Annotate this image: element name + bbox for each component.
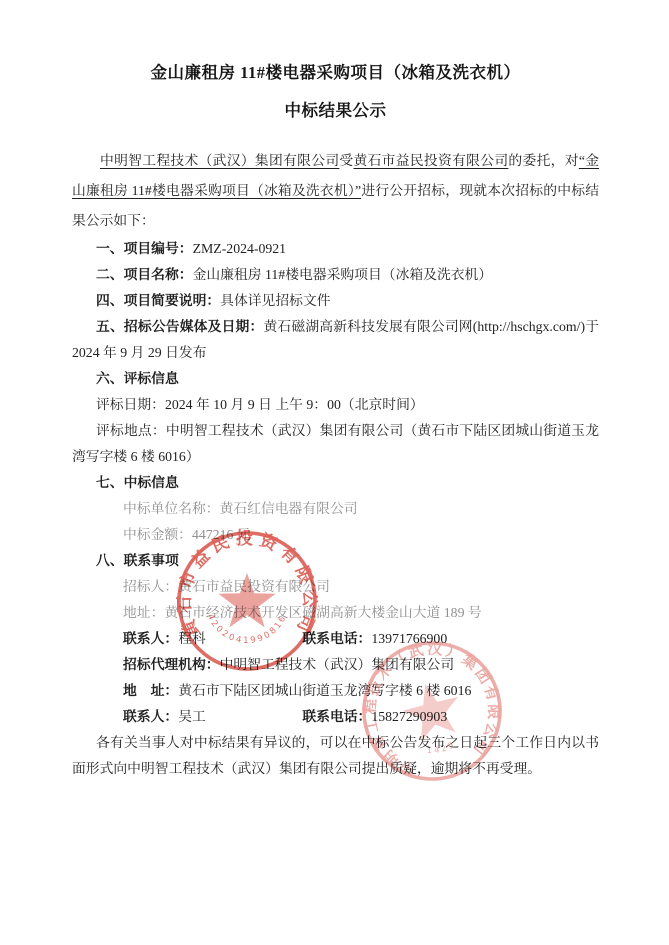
text-run: 五、招标公告媒体及日期： <box>96 319 263 334</box>
text-run: 各有关当事人对中标结果有异议的，可以在中标公告发布之日起三个工作日内以书面形式向… <box>72 735 599 776</box>
objection-notice: 各有关当事人对中标结果有异议的，可以在中标公告发布之日起三个工作日内以书面形式向… <box>72 730 599 782</box>
text-run: 评标日期：2024 年 10 月 9 日 上午 9：00（北京时间） <box>96 397 424 412</box>
agency-name: 招标代理机构：中明智工程技术（武汉）集团有限公司 <box>72 652 599 678</box>
tenderer-contact: 联系人：程科 联系电话：13971766900 <box>72 626 599 652</box>
text-run: 金山廉租房 11#楼电器采购项目（冰箱及洗衣机） <box>193 267 493 282</box>
text-run: 的委托，对 <box>508 153 578 168</box>
text-run: 中明智工程技术（武汉）集团有限公司 <box>100 153 339 168</box>
text-run: 地址：黄石市经济技术开发区磁湖高新大楼金山大道 189 号 <box>123 605 482 620</box>
winner-amount: 中标金额：447216 元 <box>72 522 599 548</box>
evaluation-date: 评标日期：2024 年 10 月 9 日 上午 9：00（北京时间） <box>72 392 599 418</box>
text-run: 15827290903 <box>371 709 447 724</box>
announcement-media: 五、招标公告媒体及日期：黄石磁湖高新科技发展有限公司网(http://hschg… <box>72 314 599 366</box>
text-run: 一、项目编号： <box>96 241 193 256</box>
document-body: 中明智工程技术（武汉）集团有限公司受黄石市益民投资有限公司的委托，对“金山廉租房… <box>72 146 599 782</box>
text-run: 招标代理机构： <box>123 657 220 672</box>
text-run: (http://hschgx.com/) <box>473 319 585 334</box>
document-page: 金山廉租房 11#楼电器采购项目（冰箱及洗衣机） 中标结果公示 中明智工程技术（… <box>0 0 669 945</box>
text-run: 中标单位名称：黄石红信电器有限公司 <box>123 501 358 516</box>
text-run: 受 <box>339 153 353 168</box>
text-run: 中标金额：447216 元 <box>123 527 251 542</box>
text-run: 13971766900 <box>371 631 447 646</box>
project-number: 一、项目编号：ZMZ-2024-0921 <box>72 236 599 262</box>
text-run: 具体详见招标文件 <box>220 293 330 308</box>
text-run: 七、中标信息 <box>96 475 179 490</box>
text-run: 联系电话： <box>302 631 371 646</box>
text-run: 联系电话： <box>302 709 371 724</box>
evaluation-info-heading: 六、评标信息 <box>72 366 599 392</box>
text-run: 联系人： <box>123 631 178 646</box>
winner-name: 中标单位名称：黄石红信电器有限公司 <box>72 496 599 522</box>
document-title: 金山廉租房 11#楼电器采购项目（冰箱及洗衣机） <box>72 62 599 84</box>
project-name: 二、项目名称：金山廉租房 11#楼电器采购项目（冰箱及洗衣机） <box>72 262 599 288</box>
text-run: 联系人： <box>123 709 178 724</box>
text-run: 地 址： <box>123 683 178 698</box>
text-run: ZMZ-2024-0921 <box>193 241 287 256</box>
intro-paragraph: 中明智工程技术（武汉）集团有限公司受黄石市益民投资有限公司的委托，对“金山廉租房… <box>72 146 599 236</box>
text-run: 程科 <box>178 631 302 646</box>
text-run: 八、联系事项 <box>96 553 179 568</box>
text-run: 黄石磁湖高新科技发展有限公司网 <box>263 319 472 334</box>
contact-heading: 八、联系事项 <box>72 548 599 574</box>
text-run: 黄石市益民投资有限公司 <box>354 153 509 168</box>
text-run: 中明智工程技术（武汉）集团有限公司 <box>220 657 455 672</box>
award-info-heading: 七、中标信息 <box>72 470 599 496</box>
agency-contact: 联系人：吴工 联系电话：15827290903 <box>72 704 599 730</box>
evaluation-location: 评标地点：中明智工程技术（武汉）集团有限公司（黄石市下陆区团城山街道玉龙湾写字楼… <box>72 418 599 470</box>
document-subtitle: 中标结果公示 <box>72 100 599 122</box>
text-run: 吴工 <box>178 709 302 724</box>
tenderer-name: 招标人：黄石市益民投资有限公司 <box>72 574 599 600</box>
tenderer-address: 地址：黄石市经济技术开发区磁湖高新大楼金山大道 189 号 <box>72 600 599 626</box>
text-run: 六、评标信息 <box>96 371 179 386</box>
text-run: 招标人：黄石市益民投资有限公司 <box>123 579 330 594</box>
project-description: 四、项目简要说明：具体详见招标文件 <box>72 288 599 314</box>
text-run: 二、项目名称： <box>96 267 193 282</box>
text-run: 评标地点：中明智工程技术（武汉）集团有限公司（黄石市下陆区团城山街道玉龙湾写字楼… <box>72 423 599 464</box>
text-run: 黄石市下陆区团城山街道玉龙湾写字楼 6 楼 6016 <box>178 683 471 698</box>
document-content: 金山廉租房 11#楼电器采购项目（冰箱及洗衣机） 中标结果公示 中明智工程技术（… <box>72 62 599 782</box>
text-run: 四、项目简要说明： <box>96 293 220 308</box>
agency-address: 地 址：黄石市下陆区团城山街道玉龙湾写字楼 6 楼 6016 <box>72 678 599 704</box>
